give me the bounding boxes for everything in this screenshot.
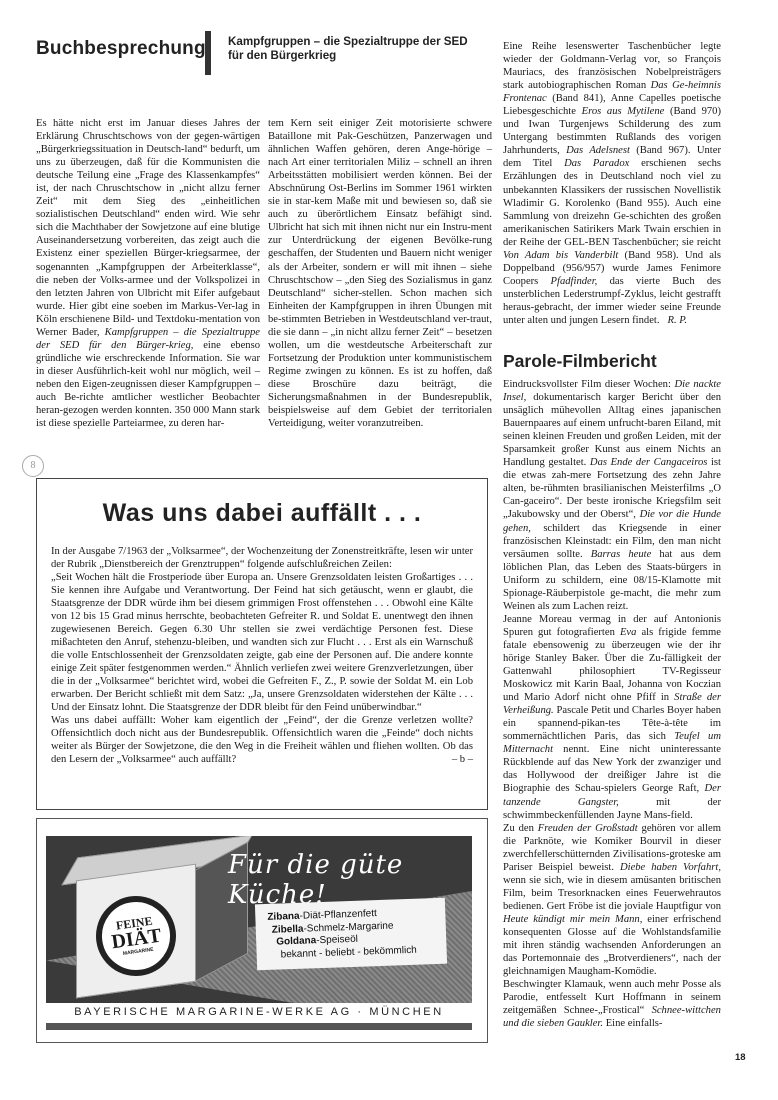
film-text: Eindrucksvollster Film dieser Wochen: <box>503 379 671 390</box>
header-divider <box>205 31 211 75</box>
film-title: Heute kündigt mir mein Mann, <box>503 914 642 925</box>
book-title: Pfadfinder, <box>551 276 598 287</box>
notice-quote: „Seit Wochen hält die Frostperiode über … <box>51 571 473 714</box>
film-column: Eindrucksvollster Film dieser Wochen: Di… <box>503 378 721 1030</box>
film-section-heading: Parole-Filmbericht <box>503 351 657 372</box>
product-desc: -Speiseöl <box>316 934 358 946</box>
review-headline: Kampfgruppen – die Spezialtruppe der SED… <box>228 35 468 62</box>
product-desc: -Schmelz-Margarine <box>303 920 393 934</box>
book-title: Das Adelsnest <box>566 145 630 156</box>
product-brand: Goldana <box>276 935 316 947</box>
film-text: wenn sie sich, wie in diesem amüsanten b… <box>503 875 721 912</box>
section-title: Buchbesprechung <box>36 38 206 60</box>
ad-company-name: BAYERISCHE MARGARINE-WERKE AG · MÜNCHEN <box>46 1006 472 1018</box>
notice-title: Was uns dabei auffällt . . . <box>37 499 487 528</box>
review-text: Es hätte nicht erst im Januar dieses Jah… <box>36 118 260 338</box>
handwritten-margin-mark: 8 <box>22 455 44 477</box>
margarine-advertisement: FEINE DIÄT MARGARINE Für die güte Küche!… <box>36 818 488 1043</box>
book-title: Eros aus Mytilene <box>582 106 665 117</box>
notice-closing: Was uns dabei auffällt: Woher kam eigent… <box>51 715 473 765</box>
book-title: Das Paradox <box>564 158 629 169</box>
notice-signature: – b – <box>452 753 473 766</box>
notice-intro: In der Ausgabe 7/1963 der „Volksarmee“, … <box>51 545 473 571</box>
film-title: Das Ende der Cangaceiros <box>590 457 707 468</box>
product-desc: -Diät-Pflanzenfett <box>299 908 377 922</box>
ad-illustration-panel: FEINE DIÄT MARGARINE Für die güte Küche!… <box>46 836 472 1003</box>
film-title: Barras heute <box>591 549 652 560</box>
review-column-2: tem Kern seit einiger Zeit motorisierte … <box>268 117 492 430</box>
paperbacks-column: Eine Reihe lesenswerter Taschenbücher le… <box>503 40 721 327</box>
review-text: eine ebenso gründliche wie erschreckende… <box>36 340 260 429</box>
film-title: Eva <box>620 627 636 638</box>
film-text: Eine einfalls- <box>606 1018 663 1029</box>
books-text: erschienen sechs Erzählungen des in Deut… <box>503 158 721 247</box>
book-title: Von Adam bis Vanderbilt <box>503 250 618 261</box>
review-text: tem Kern seit einiger Zeit motorisierte … <box>268 117 492 430</box>
page-number: 18 <box>735 1052 746 1063</box>
ad-product-card: Zibana-Diät-Pflanzenfett Zibella-Schmelz… <box>255 898 447 971</box>
review-column-1: Es hätte nicht erst im Januar dieses Jah… <box>36 117 260 430</box>
notice-box: Was uns dabei auffällt . . . In der Ausg… <box>36 478 488 810</box>
product-brand: Zibana <box>267 911 300 923</box>
film-text: Zu den <box>503 823 534 834</box>
author-signature: R. P. <box>667 315 687 326</box>
ad-bottom-strip <box>46 1023 472 1030</box>
film-title: Freuden der Großstadt <box>538 823 638 834</box>
product-brand: Zibella <box>272 923 304 935</box>
film-title: Diebe haben Vorfahrt, <box>620 862 721 873</box>
review-headline-line1: Kampfgruppen – die Spezialtruppe der SED <box>228 35 468 49</box>
notice-body: In der Ausgabe 7/1963 der „Volksarmee“, … <box>51 545 473 766</box>
review-headline-line2: für den Bürgerkrieg <box>228 49 468 63</box>
